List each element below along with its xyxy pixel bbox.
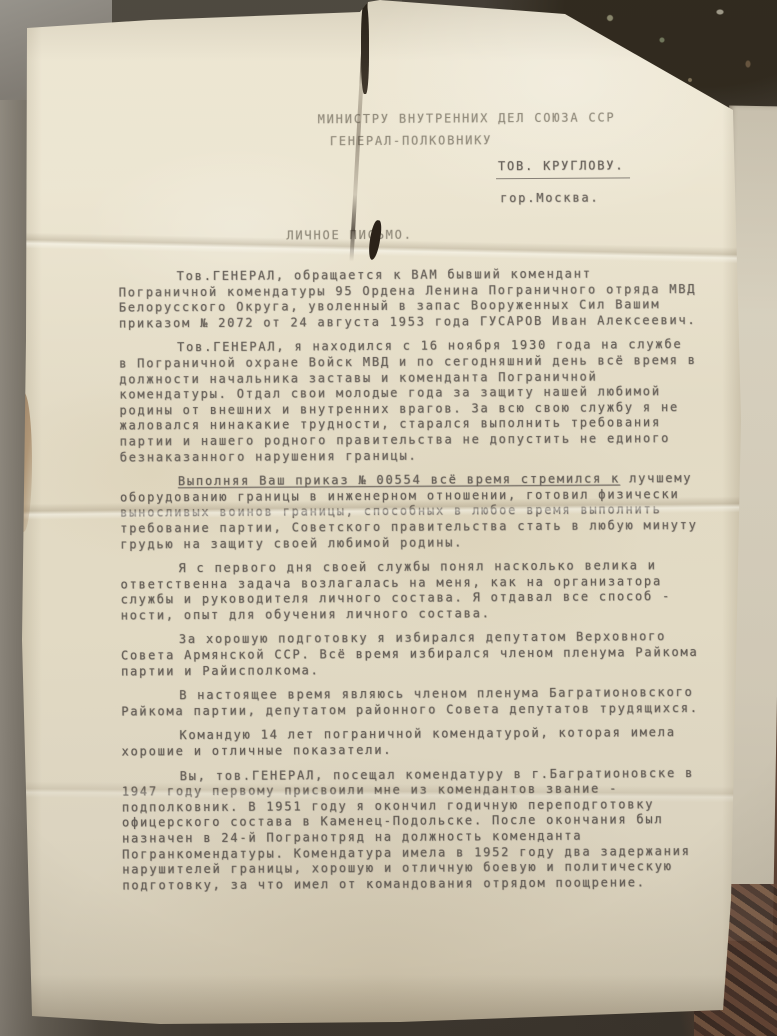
letter-body: Тов.ГЕНЕРАЛ, обращается к ВАМ бывший ком… (119, 266, 701, 903)
recipient-line-addressee: ТОВ. КРУГЛОВУ. (496, 158, 630, 178)
paragraph-1: Тов.ГЕНЕРАЛ, обращается к ВАМ бывший ком… (119, 266, 697, 332)
paragraph-6: В настоящее время являюсь членом пленума… (121, 685, 699, 720)
paragraph-5: За хорошую подготовку я избирался депута… (121, 629, 699, 679)
paper-tear-left-edge (15, 392, 32, 532)
paragraph-3-underlined-lead: Выполняя Ваш приказ № 00554 всё время ст… (178, 472, 620, 489)
letter-paper: МИНИСТРУ ВНУТРЕННИХ ДЕЛ СОЮЗА ССР ГЕНЕРА… (20, 0, 744, 1026)
paragraph-3: Выполняя Ваш приказ № 00554 всё время ст… (120, 471, 698, 552)
recipient-line-city: гор.Москва. (500, 191, 599, 207)
recipient-line-rank: ГЕНЕРАЛ-ПОЛКОВНИКУ (330, 133, 493, 150)
paragraph-4: Я с первого дня своей службы понял наско… (120, 558, 698, 624)
recipient-line-ministry: МИНИСТРУ ВНУТРЕННИХ ДЕЛ СОЮЗА ССР (318, 110, 616, 127)
paragraph-8: Вы, тов.ГЕНЕРАЛ, посещал комендатуру в г… (122, 766, 701, 894)
photo-of-letter: МИНИСТРУ ВНУТРЕННИХ ДЕЛ СОЮЗА ССР ГЕНЕРА… (0, 0, 777, 1036)
paragraph-2: Тов.ГЕНЕРАЛ, я находился с 16 ноября 193… (119, 337, 698, 465)
paper-tear-mark-top (361, 2, 369, 94)
paragraph-7: Командую 14 лет пограничной комендатурой… (121, 725, 699, 760)
typewritten-text-layer: МИНИСТРУ ВНУТРЕННИХ ДЕЛ СОЮЗА ССР ГЕНЕРА… (17, 0, 747, 1028)
